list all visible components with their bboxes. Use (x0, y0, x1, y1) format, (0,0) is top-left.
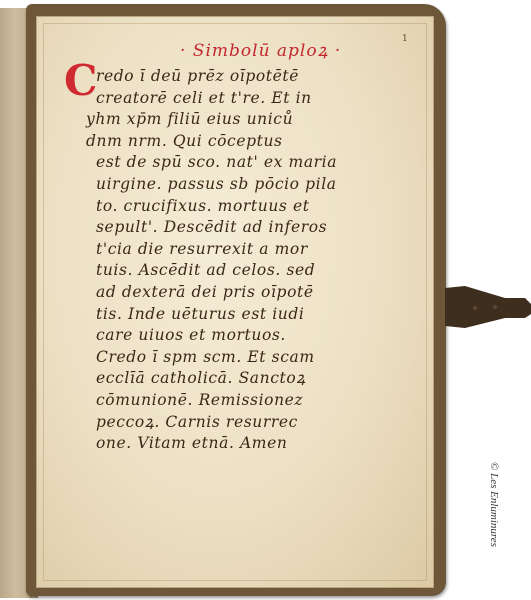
manuscript-text: redo ī deū prēz oīpotētē creatorē celi e… (96, 66, 416, 455)
text-line: peccoꝝ. Carnis resurrec (96, 412, 416, 434)
text-line: dnm nrm. Qui cōceptus (86, 131, 416, 153)
text-line: ad dexterā dei pris oīpotē (96, 282, 416, 304)
text-line: ecclīā catholicā. Sanctoꝝ (96, 368, 416, 390)
text-line: Credo ī spm scm. Et scam (96, 347, 416, 369)
text-line: creatorē celi et t're. Et in (96, 88, 416, 110)
metal-clasp (445, 284, 531, 330)
text-line: yhm xp̄m filiū eius uniců (86, 109, 416, 131)
text-line: est de spū sco. nat' ex maria (96, 152, 416, 174)
text-line: to. crucifixus. mortuus et (96, 196, 416, 218)
rubric-heading: · Simbolū aploꝝ · (180, 38, 341, 61)
text-line: cōmunionē. Remissionez (96, 390, 416, 412)
text-line: one. Vitam etnā. Amen (96, 433, 416, 455)
text-line: care uiuos et mortuos. (96, 325, 416, 347)
folio-number: 1 (402, 34, 408, 44)
red-initial: C (64, 60, 97, 102)
credit-text: © Les Enluminures (488, 462, 500, 547)
text-line: tis. Inde uēturus est iudi (96, 304, 416, 326)
text-line: tuis. Ascēdit ad celos. sed (96, 260, 416, 282)
text-line: redo ī deū prēz oīpotētē (96, 66, 416, 88)
text-line: sepult'. Descēdit ad inferos (96, 217, 416, 239)
text-line: uirgine. passus sb pōcio pila (96, 174, 416, 196)
copyright-credit: © Les Enluminures (486, 462, 506, 582)
text-line: t'cia die resurrexit a mor (96, 239, 416, 261)
